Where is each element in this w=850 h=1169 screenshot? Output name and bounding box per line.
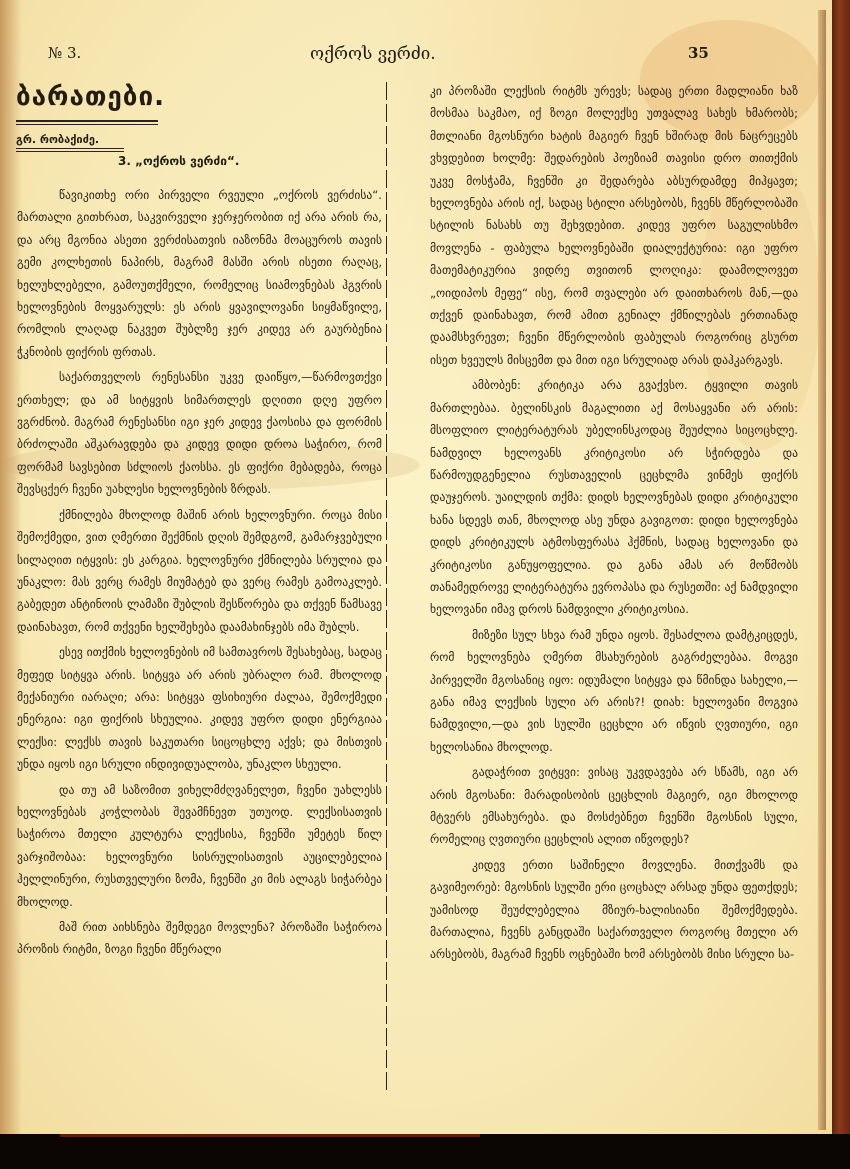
- paragraph: წავიკითხე ორი პირველი რვეული „ოქროს ვერძ…: [17, 184, 382, 363]
- article-title: 3. „ოქროს ვერძი“.: [118, 154, 239, 168]
- left-column: წავიკითხე ორი პირველი რვეული „ოქროს ვერძ…: [17, 184, 382, 964]
- paragraph: ამბობენ: კრიტიკა არა გვაქვსო. ტყვილი თავ…: [430, 374, 798, 620]
- paragraph: ესევ ითქმის ხელოვნების იმ სამთავროს შესა…: [17, 641, 382, 775]
- author-underline: [16, 151, 124, 152]
- title-underline: [16, 124, 158, 125]
- paragraph: მაშ რით აიხსნება შემდეგი მოვლენა? პროზაშ…: [17, 916, 382, 961]
- scan-background: [0, 1134, 850, 1169]
- paragraph: მიზეზი სულ სხვა რამ უნდა იყოს. შესაძლოა …: [430, 624, 798, 758]
- author-name: გრ. რობაქიძე.: [16, 133, 99, 146]
- issue-number: № 3.: [48, 44, 81, 62]
- page-edge: [818, 10, 826, 1130]
- running-head: № 3. ოქროს ვერძი. 35: [0, 44, 832, 68]
- book-binding: [832, 0, 850, 1134]
- paragraph: საქართველოს რენესანსი უკვე დაიწყო,—წარმო…: [17, 366, 382, 500]
- page-number: 35: [688, 44, 709, 62]
- scanned-journal-page: № 3. ოქროს ვერძი. 35 ბარათები. გრ. რობაქ…: [0, 0, 832, 1134]
- paragraph: გადაჭრით ვიტყვი: ვისაც უკვდავება არ სწამ…: [430, 761, 798, 851]
- author-underline: [16, 148, 124, 149]
- paragraph: ქმნილება მხოლოდ მაშინ არის ხელოვნური. რო…: [17, 504, 382, 638]
- section-title: ბარათები.: [16, 82, 165, 112]
- paragraph: კიდევ ერთი საშინელი მოვლენა. მითქვამს და…: [430, 854, 798, 966]
- journal-title: ოქროს ვერძი.: [310, 44, 436, 64]
- paragraph: კი პროზაში ლექსის რიტმს ურევს; სადაც ერთ…: [430, 80, 798, 371]
- paragraph: და თუ ამ საზომით ვიხელმძღვანელეთ, ჩვენი …: [17, 779, 382, 913]
- title-underline: [16, 120, 158, 122]
- column-divider: [386, 82, 387, 1090]
- right-column: კი პროზაში ლექსის რიტმს ურევს; სადაც ერთ…: [430, 80, 798, 969]
